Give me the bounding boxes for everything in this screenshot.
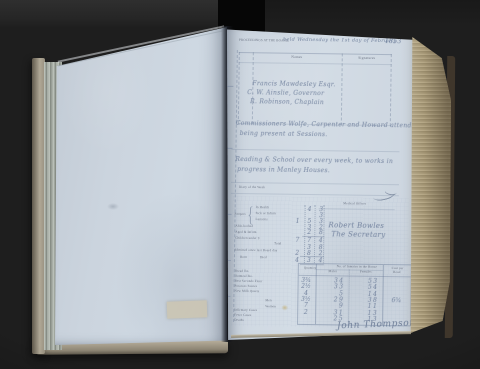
- names-table: Names Signatures Francis Mawdesley Esqr.…: [238, 52, 392, 126]
- pair-label: Women: [265, 304, 276, 308]
- lower-label: Infirmary Cases: [234, 308, 257, 312]
- quantity-column-header: Quantity: [304, 266, 311, 270]
- attendee-name: R. Robinson, Chaplain: [250, 98, 324, 106]
- rule-line: [239, 62, 392, 65]
- group-label: Paupers: [235, 212, 246, 216]
- table-border: [238, 52, 240, 124]
- provision-label: Best Seconds Flour: [235, 279, 263, 283]
- mid-row-label: Aged & Infirm: [235, 230, 256, 234]
- diet-section-label: Diary of the Week: [239, 185, 265, 189]
- provision-label: Potatoes Stones: [235, 284, 258, 288]
- table-border: [252, 52, 254, 124]
- admitted-label: Admitted since last Board day: [234, 248, 277, 252]
- table-border: [315, 264, 317, 324]
- pair-label: Men: [265, 298, 271, 302]
- minute-entry-line: being present at Sessions.: [240, 130, 328, 138]
- fore-edge-page-block: [409, 34, 451, 336]
- died-label: Died: [260, 255, 267, 259]
- cost-cell: 6¾: [384, 297, 408, 304]
- note-line: Robert Bowles: [328, 221, 384, 230]
- margin-mark: [227, 86, 233, 87]
- left-page-mottle: [55, 27, 227, 345]
- provision-label: New Milk Quarts: [234, 289, 259, 293]
- medical-officer-label: Medical Officer: [343, 201, 367, 205]
- group-row-label: Lunatics: [255, 217, 267, 221]
- lower-label: Deaths: [234, 318, 244, 322]
- provision-label: Oatmeal lbs.: [235, 274, 253, 278]
- mid-row-label: Able-bodied: [235, 224, 253, 228]
- paper-stain: [281, 305, 288, 311]
- attendee-name: Francis Mawdesley Esqr.: [252, 80, 335, 88]
- females-column-header: Females: [360, 270, 372, 274]
- inmates-span-header: No. of Inmates in the House: [337, 264, 363, 268]
- group-row-label: In Health: [256, 205, 269, 209]
- signatures-column-header: Signatures: [349, 56, 385, 61]
- qty-cell: 2: [298, 309, 313, 316]
- background-shade-left: [0, 0, 220, 28]
- table-border: [348, 270, 350, 325]
- background-shade-right: [265, 0, 480, 26]
- left-page-smudge: [107, 203, 119, 210]
- cost-column-header2: Head: [392, 270, 402, 274]
- note-line: The Secretary: [331, 230, 385, 239]
- names-column-header: Names: [279, 55, 315, 60]
- males-column-header: Males: [327, 269, 338, 273]
- right-page-content: PROCEEDINGS AT THE BOARD, held Wednesday…: [223, 28, 414, 343]
- provision-label: Bread lbs.: [235, 269, 250, 273]
- bottom-table: Quantity No. of Inmates in the House Mal…: [297, 263, 412, 327]
- attendee-name: C. W. Ainslie, Governor: [247, 89, 324, 97]
- left-page: [55, 27, 227, 345]
- page-header-printed: PROCEEDINGS AT THE BOARD,: [239, 38, 289, 42]
- table-border: [341, 53, 343, 125]
- lower-label: Fever Cases: [234, 313, 251, 317]
- left-page-faint-stamp: [167, 300, 208, 318]
- group-row-label: Sick or Infirm: [256, 211, 276, 215]
- mid-table-figures: 4 3 3 1 5 3 3 2 2 8 7 7 4 3 8 2 8 2 4 3 …: [294, 205, 325, 269]
- page-folio-number: 1853: [385, 38, 402, 45]
- archival-photo: PROCEEDINGS AT THE BOARD, held Wednesday…: [0, 0, 480, 369]
- mid-row-label: Children under 9: [235, 236, 259, 240]
- minute-entry-line: progress in Manley Houses.: [237, 166, 330, 174]
- right-page: PROCEEDINGS AT THE BOARD, held Wednesday…: [227, 28, 414, 340]
- born-label: Born: [240, 255, 247, 259]
- table-border: [382, 265, 384, 325]
- total-label: Total: [274, 242, 281, 246]
